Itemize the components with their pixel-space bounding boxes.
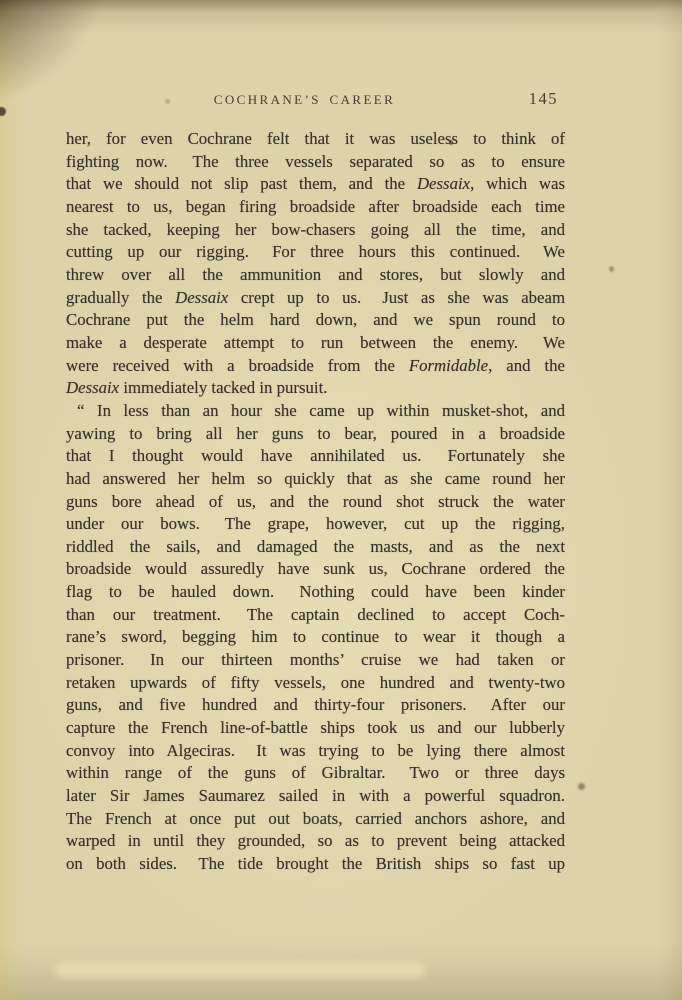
text-line: later Sir James Saumarez sailed in with … — [66, 785, 565, 808]
foxing-spot — [578, 783, 585, 790]
text-segment: cutting up our rigging. For three hours … — [66, 242, 565, 261]
text-segment: immediately tacked in pursuit. — [119, 378, 327, 397]
text-segment: on both sides. The tide brought the Brit… — [66, 854, 565, 873]
text-line: prisoner. In our thirteen months’ cruise… — [66, 649, 565, 672]
text-line: had answered her helm so quickly that as… — [66, 468, 565, 491]
text-segment: prisoner. In our thirteen months’ cruise… — [66, 650, 565, 669]
running-header-title: COCHRANE’S CAREER — [66, 92, 543, 108]
text-line: guns, and five hundred and thirty-four p… — [66, 694, 565, 717]
text-line: The French at once put out boats, carrie… — [66, 808, 565, 831]
text-segment: Cochrane put the helm hard down, and we … — [66, 310, 565, 329]
ship-name-italic: Formidable — [409, 356, 488, 375]
page-body: her, for even Cochrane felt that it was … — [66, 128, 565, 876]
text-line: “ In less than an hour she came up withi… — [66, 400, 565, 423]
text-segment: retaken upwards of fifty vessels, one hu… — [66, 673, 565, 692]
text-line: flag to be hauled down. Nothing could ha… — [66, 581, 565, 604]
text-line: under our bows. The grape, however, cut … — [66, 513, 565, 536]
text-segment: convoy into Algeciras. It was trying to … — [66, 741, 565, 760]
text-segment: yawing to bring all her guns to bear, po… — [66, 424, 565, 443]
text-segment: had answered her helm so quickly that as… — [66, 469, 565, 488]
book-page-scan: COCHRANE’S CAREER 145 her, for even Coch… — [0, 0, 682, 1000]
foxing-spot — [0, 107, 6, 116]
text-line: she tacked, keeping her bow-chasers goin… — [66, 219, 565, 242]
text-segment: were received with a broadside from the — [66, 356, 409, 375]
text-line: warped in until they grounded, so as to … — [66, 830, 565, 853]
text-segment: within range of the guns of Gibraltar. T… — [66, 763, 565, 782]
text-line: her, for even Cochrane felt that it was … — [66, 128, 565, 151]
text-segment: she tacked, keeping her bow-chasers goin… — [66, 220, 565, 239]
text-segment: make a desperate attempt to run between … — [66, 333, 565, 352]
ship-name-italic: Dessaix — [66, 378, 119, 397]
text-line: fighting now. The three vessels separate… — [66, 151, 565, 174]
text-segment: threw over all the ammunition and stores… — [66, 265, 565, 284]
text-line: were received with a broadside from the … — [66, 355, 565, 378]
text-segment: gradually the — [66, 288, 175, 307]
text-line: Dessaix immediately tacked in pursuit. — [66, 377, 565, 400]
foxing-spot — [609, 266, 614, 272]
text-segment: later Sir James Saumarez sailed in with … — [66, 786, 565, 805]
ship-name-italic: Dessaix — [417, 174, 470, 193]
running-header: COCHRANE’S CAREER 145 — [66, 92, 565, 114]
text-segment: The French at once put out boats, carrie… — [66, 809, 565, 828]
text-line: broadside would assuredly have sunk us, … — [66, 558, 565, 581]
text-line: rane’s sword, begging him to continue to… — [66, 626, 565, 649]
text-segment: than our treatment. The captain declined… — [66, 605, 565, 624]
text-segment: fighting now. The three vessels separate… — [66, 152, 565, 171]
text-segment: crept up to us. Just as she was abeam — [228, 288, 565, 307]
text-segment: , which was — [470, 174, 565, 193]
text-segment: “ In less than an hour she came up withi… — [77, 401, 565, 420]
text-line: than our treatment. The captain declined… — [66, 604, 565, 627]
text-line: retaken upwards of fifty vessels, one hu… — [66, 672, 565, 695]
text-segment: her, for even Cochrane felt that it was … — [66, 129, 565, 148]
text-line: riddled the sails, and damaged the masts… — [66, 536, 565, 559]
text-segment: nearest to us, began firing broadside af… — [66, 197, 565, 216]
text-segment: capture the French line-of-battle ships … — [66, 718, 565, 737]
text-line: gradually the Dessaix crept up to us. Ju… — [66, 287, 565, 310]
text-line: that we should not slip past them, and t… — [66, 173, 565, 196]
text-segment: under our bows. The grape, however, cut … — [66, 514, 565, 533]
text-line: nearest to us, began firing broadside af… — [66, 196, 565, 219]
text-line: threw over all the ammunition and stores… — [66, 264, 565, 287]
text-segment: , and the — [488, 356, 565, 375]
text-segment: broadside would assuredly have sunk us, … — [66, 559, 565, 578]
text-line: on both sides. The tide brought the Brit… — [66, 853, 565, 876]
text-segment: that I thought would have annihilated us… — [66, 446, 565, 465]
text-line: Cochrane put the helm hard down, and we … — [66, 309, 565, 332]
text-segment: guns bore ahead of us, and the round sho… — [66, 492, 565, 511]
text-segment: warped in until they grounded, so as to … — [66, 831, 565, 850]
text-line: yawing to bring all her guns to bear, po… — [66, 423, 565, 446]
text-segment: guns, and five hundred and thirty-four p… — [66, 695, 565, 714]
text-line: within range of the guns of Gibraltar. T… — [66, 762, 565, 785]
page-number: 145 — [529, 89, 558, 109]
text-segment: riddled the sails, and damaged the masts… — [66, 537, 565, 556]
text-line: that I thought would have annihilated us… — [66, 445, 565, 468]
ship-name-italic: Dessaix — [175, 288, 228, 307]
text-line: guns bore ahead of us, and the round sho… — [66, 491, 565, 514]
text-segment: that we should not slip past them, and t… — [66, 174, 417, 193]
text-segment: rane’s sword, begging him to continue to… — [66, 627, 565, 646]
paper-light-streak — [55, 962, 425, 978]
text-line: capture the French line-of-battle ships … — [66, 717, 565, 740]
text-line: make a desperate attempt to run between … — [66, 332, 565, 355]
text-line: convoy into Algeciras. It was trying to … — [66, 740, 565, 763]
text-line: cutting up our rigging. For three hours … — [66, 241, 565, 264]
text-segment: flag to be hauled down. Nothing could ha… — [66, 582, 565, 601]
